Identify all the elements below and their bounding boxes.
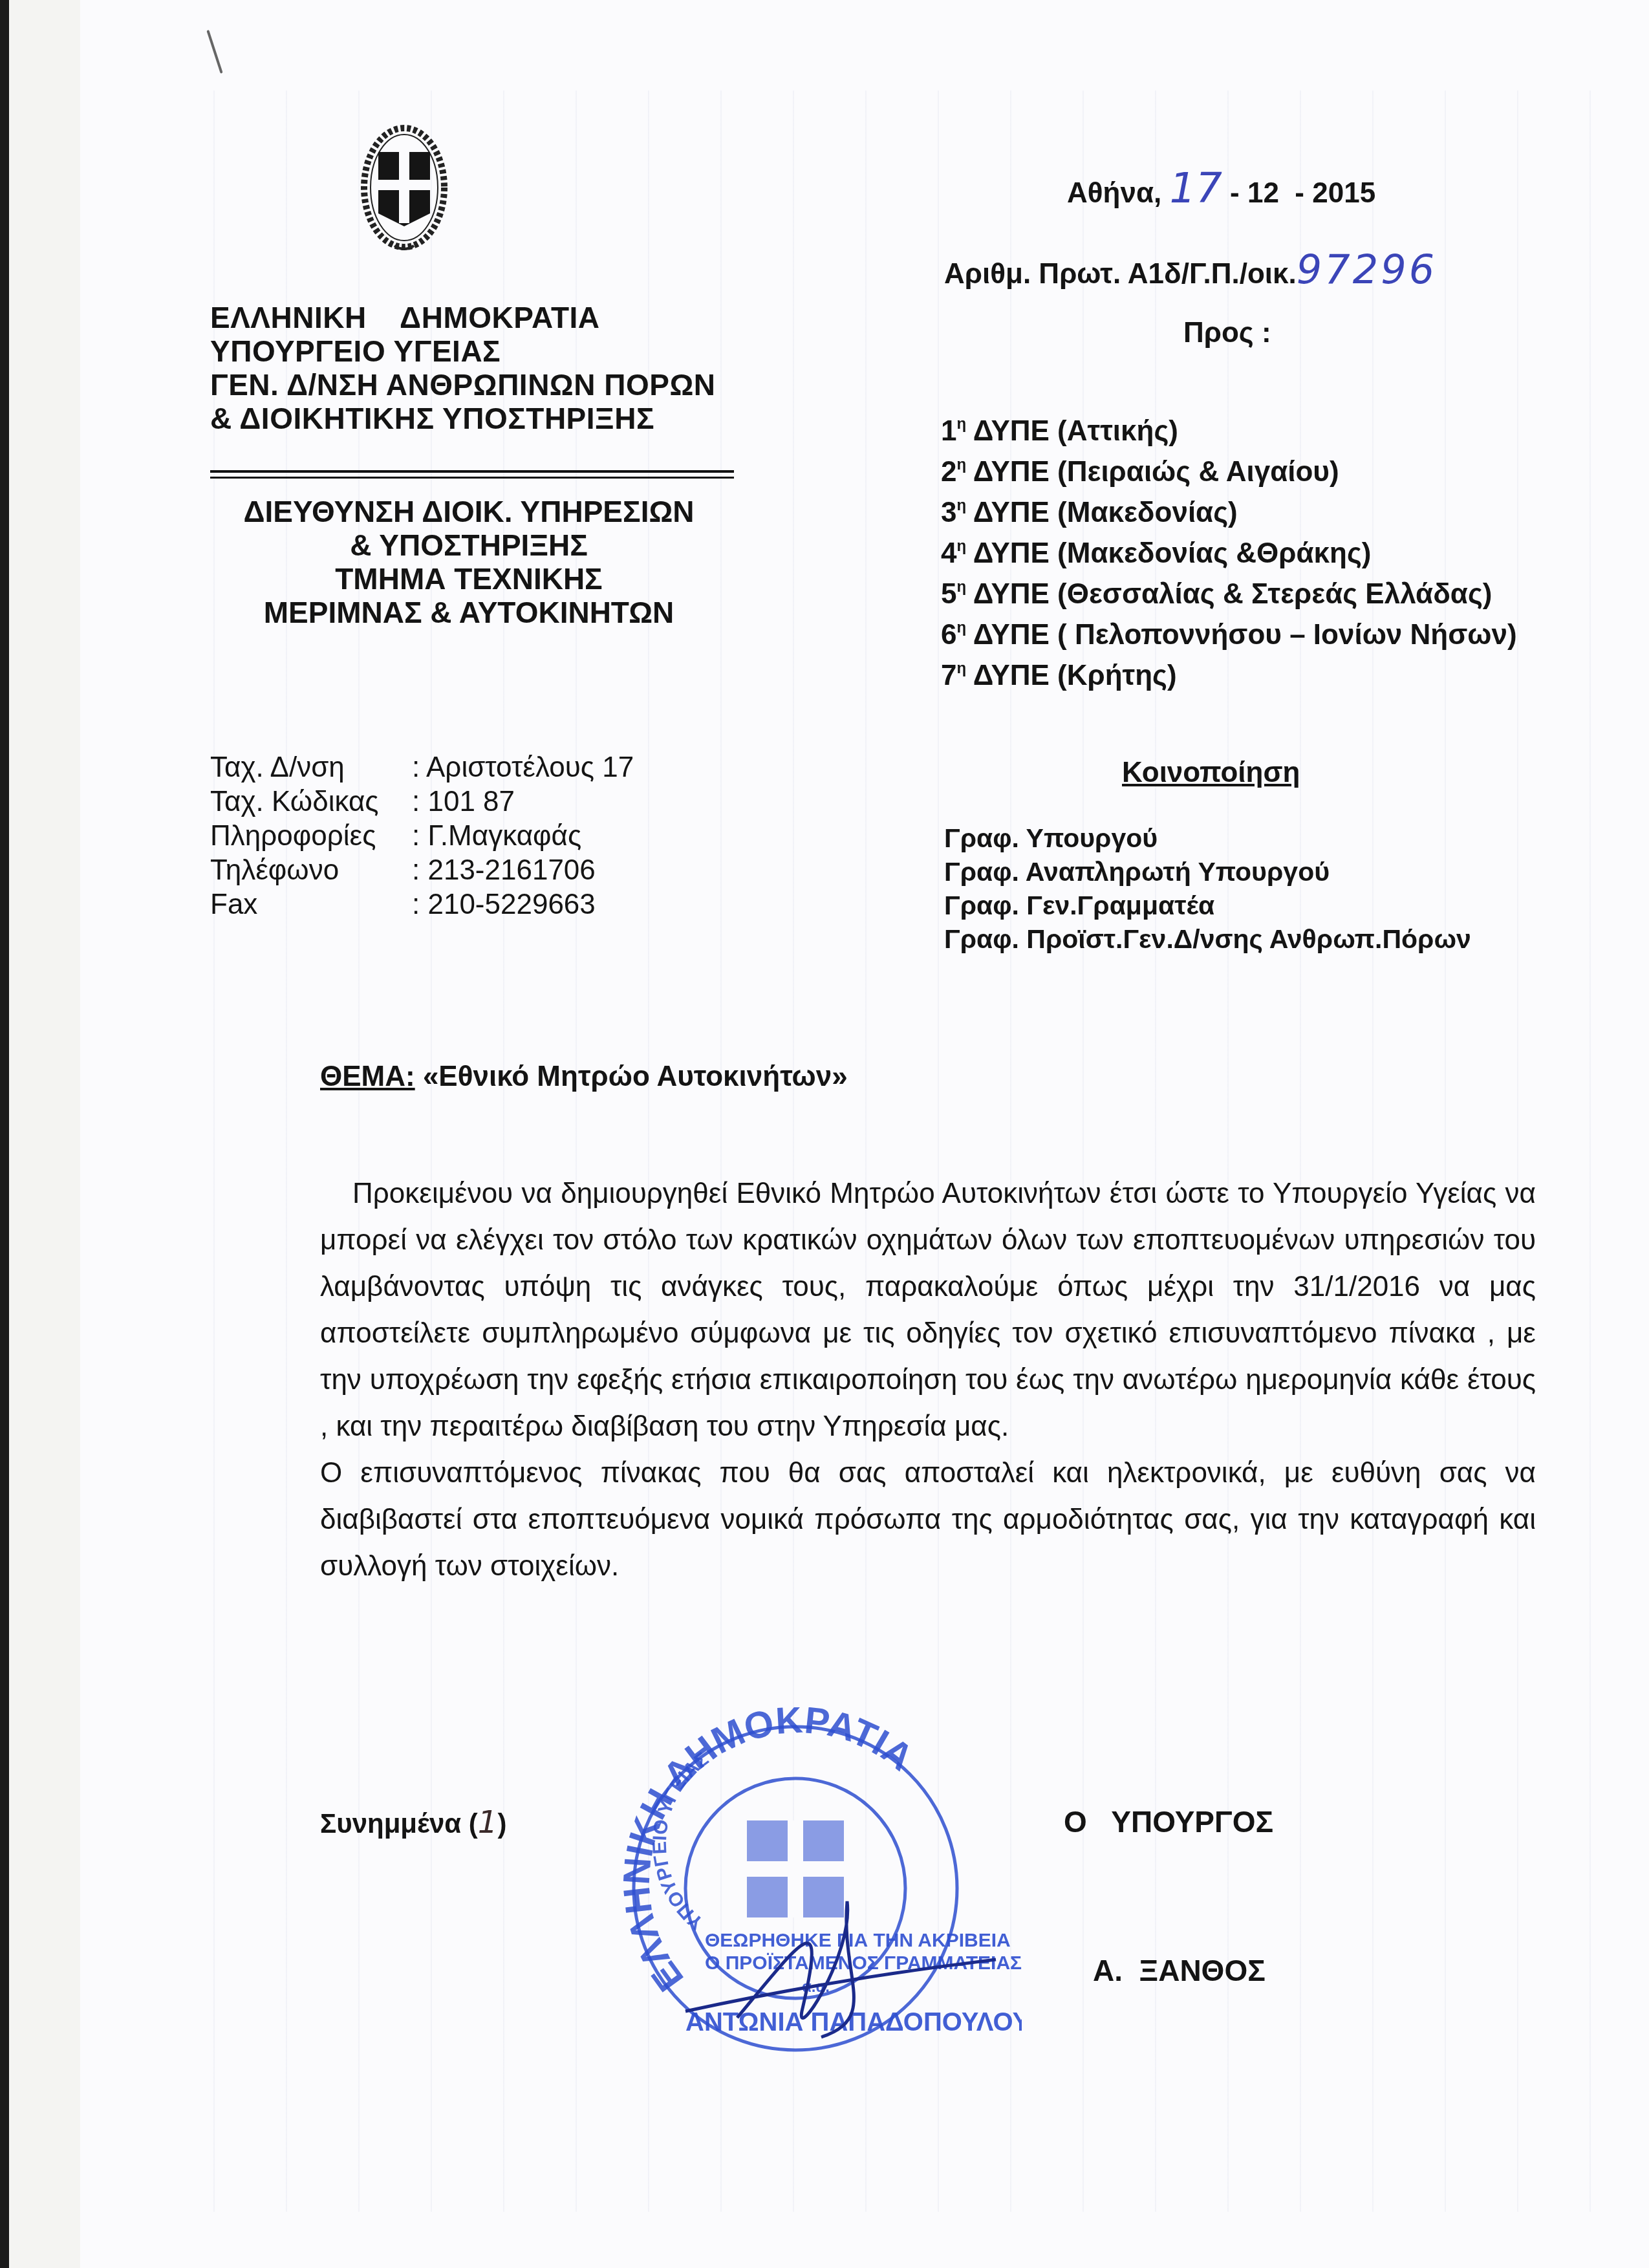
handwritten-signature [685, 1901, 996, 2037]
contact-row: Τηλέφωνο: 213-2161706 [210, 853, 634, 887]
notification-item: Γραφ. Αναπληρωτή Υπουργού [944, 855, 1471, 889]
svg-text:Ο ΠΡΟΪΣΤΑΜΕΝΟΣ ΓΡΑΜΜΑΤΕΙΑΣ: Ο ΠΡΟΪΣΤΑΜΕΝΟΣ ΓΡΑΜΜΑΤΕΙΑΣ [705, 1952, 1022, 1974]
date-day-handwritten: 17 [1169, 165, 1222, 213]
contact-row: Ταχ. Κώδικας: 101 87 [210, 784, 634, 819]
notification-list: Γραφ. Υπουργού Γραφ. Αναπληρωτή Υπουργού… [944, 821, 1471, 956]
official-stamp-icon: ΕΛΛΗΝΙΚΗ ΔΗΜΟΚΡΑΤΙΑ ΥΠΟΥΡΓΕΙΟ ΥΓΕΙΑΣ ΘΕΩ… [608, 1707, 1022, 2069]
dateline: Αθήνα, 17 - 12 - 2015 [1067, 165, 1375, 213]
issuer-block: ΕΛΛΗΝΙΚΗ ΔΗΜΟΚΡΑΤΙΑ ΥΠΟΥΡΓΕΙΟ ΥΓΕΙΑΣ ΓΕΝ… [210, 301, 716, 435]
contact-row: Πληροφορίες: Γ.Μαγκαφάς [210, 819, 634, 853]
protocol-number-handwritten: 97296 [1297, 246, 1437, 293]
svg-text:ΥΠΟΥΡΓΕΙΟ ΥΓΕΙΑΣ: ΥΠΟΥΡΓΕΙΟ ΥΓΕΙΑΣ [649, 1748, 713, 1934]
svg-text:ΕΛΛΗΝΙΚΗ ΔΗΜΟΚΡΑΤΙΑ: ΕΛΛΗΝΙΚΗ ΔΗΜΟΚΡΑΤΙΑ [616, 1707, 921, 1999]
svg-text:ΘΕΩΡΗΘΗΚΕ ΓΙΑ ΤΗΝ ΑΚΡΙΒΕΙΑ: ΘΕΩΡΗΘΗΚΕ ΓΙΑ ΤΗΝ ΑΚΡΙΒΕΙΑ [705, 1930, 1011, 1951]
signatory-name: Α. ΞΑΝΘΟΣ [1093, 1953, 1266, 1988]
subject-text: «Εθνικό Μητρώο Αυτοκινήτων» [415, 1061, 848, 1092]
department-line: ΤΜΗΜΑ ΤΕΧΝΙΚΗΣ [210, 562, 727, 596]
notification-item: Γραφ. Γεν.Γραμματέα [944, 889, 1471, 922]
recipient-item: 4η ΔΥΠΕ (Μακεδονίας &Θράκης) [941, 530, 1517, 570]
recipient-item: 6η ΔΥΠΕ ( Πελοποννήσου – Ιονίων Νήσων) [941, 611, 1517, 652]
department-block: ΔΙΕΥΘΥΝΣΗ ΔΙΟΙΚ. ΥΠΗΡΕΣΙΩΝ & ΥΠΟΣΤΗΡΙΞΗΣ… [210, 495, 727, 629]
issuer-line: ΥΠΟΥΡΓΕΙΟ ΥΓΕΙΑΣ [210, 334, 716, 368]
recipient-item: 2η ΔΥΠΕ (Πειραιώς & Αιγαίου) [941, 448, 1517, 489]
contact-row: Fax: 210-5229663 [210, 887, 634, 922]
protocol-label: Αριθμ. Πρωτ. Α1δ/Γ.Π./οικ. [944, 258, 1297, 290]
protocol-line: Αριθμ. Πρωτ. Α1δ/Γ.Π./οικ.97296 [944, 246, 1437, 293]
notification-label: Κοινοποίηση [1122, 757, 1300, 789]
subject-line: ΘΕΜΑ: «Εθνικό Μητρώο Αυτοκινήτων» [320, 1061, 848, 1093]
recipients-label: Προς : [1183, 317, 1271, 349]
signatory-title: Ο ΥΠΟΥΡΓΟΣ [1064, 1804, 1273, 1839]
svg-text:ΑΝΤΩΝΙΑ ΠΑΠΑΔΟΠΟΥΛΟΥ: ΑΝΤΩΝΙΑ ΠΑΠΑΔΟΠΟΥΛΟΥ [685, 2008, 1022, 2036]
contact-block: Ταχ. Δ/νση: Αριστοτέλους 17 Ταχ. Κώδικας… [210, 750, 634, 922]
department-line: ΜΕΡΙΜΝΑΣ & ΑΥΤΟΚΙΝΗΤΩΝ [210, 596, 727, 629]
issuer-line: & ΔΙΟΙΚΗΤΙΚΗΣ ΥΠΟΣΤΗΡΙΞΗΣ [210, 402, 716, 435]
notification-item: Γραφ. Υπουργού [944, 821, 1471, 855]
recipient-item: 7η ΔΥΠΕ (Κρήτης) [941, 652, 1517, 693]
date-city: Αθήνα, [1067, 177, 1161, 209]
scan-margin [9, 0, 80, 2268]
date-rest: - 12 - 2015 [1222, 177, 1375, 209]
letter-body: Προκειμένου να δημιουργηθεί Εθνικό Μητρώ… [320, 1171, 1536, 1590]
department-line: & ΥΠΟΣΤΗΡΙΞΗΣ [210, 528, 727, 562]
svg-text:α.α.: α.α. [802, 1978, 830, 1996]
pen-mark [206, 30, 222, 74]
double-rule-top [210, 470, 734, 473]
attachments-count-handwritten: 1 [478, 1804, 498, 1841]
department-line: ΔΙΕΥΘΥΝΣΗ ΔΙΟΙΚ. ΥΠΗΡΕΣΙΩΝ [210, 495, 727, 528]
scan-edge [0, 0, 9, 2268]
issuer-line: ΓΕΝ. Δ/ΝΣΗ ΑΝΘΡΩΠΙΝΩΝ ΠΟΡΩΝ [210, 368, 716, 402]
body-paragraph: Ο επισυναπτόμενος πίνακας που θα σας απο… [320, 1450, 1536, 1590]
attachments-line: Συνημμένα (1) [320, 1804, 506, 1841]
double-rule-bottom [210, 477, 734, 479]
recipients-list: 1η ΔΥΠΕ (Αττικής) 2η ΔΥΠΕ (Πειραιώς & Αι… [941, 407, 1517, 693]
contact-row: Ταχ. Δ/νση: Αριστοτέλους 17 [210, 750, 634, 784]
issuer-line: ΕΛΛΗΝΙΚΗ ΔΗΜΟΚΡΑΤΙΑ [210, 301, 716, 334]
recipient-item: 5η ΔΥΠΕ (Θεσσαλίας & Στερεάς Ελλάδας) [941, 570, 1517, 611]
notification-item: Γραφ. Προϊστ.Γεν.Δ/νσης Ανθρωπ.Πόρων [944, 922, 1471, 956]
recipient-item: 3η ΔΥΠΕ (Μακεδονίας) [941, 489, 1517, 530]
recipient-item: 1η ΔΥΠΕ (Αττικής) [941, 407, 1517, 448]
greek-coat-of-arms-icon [359, 123, 449, 259]
body-paragraph: Προκειμένου να δημιουργηθεί Εθνικό Μητρώ… [320, 1171, 1536, 1450]
subject-label: ΘΕΜΑ: [320, 1061, 415, 1092]
